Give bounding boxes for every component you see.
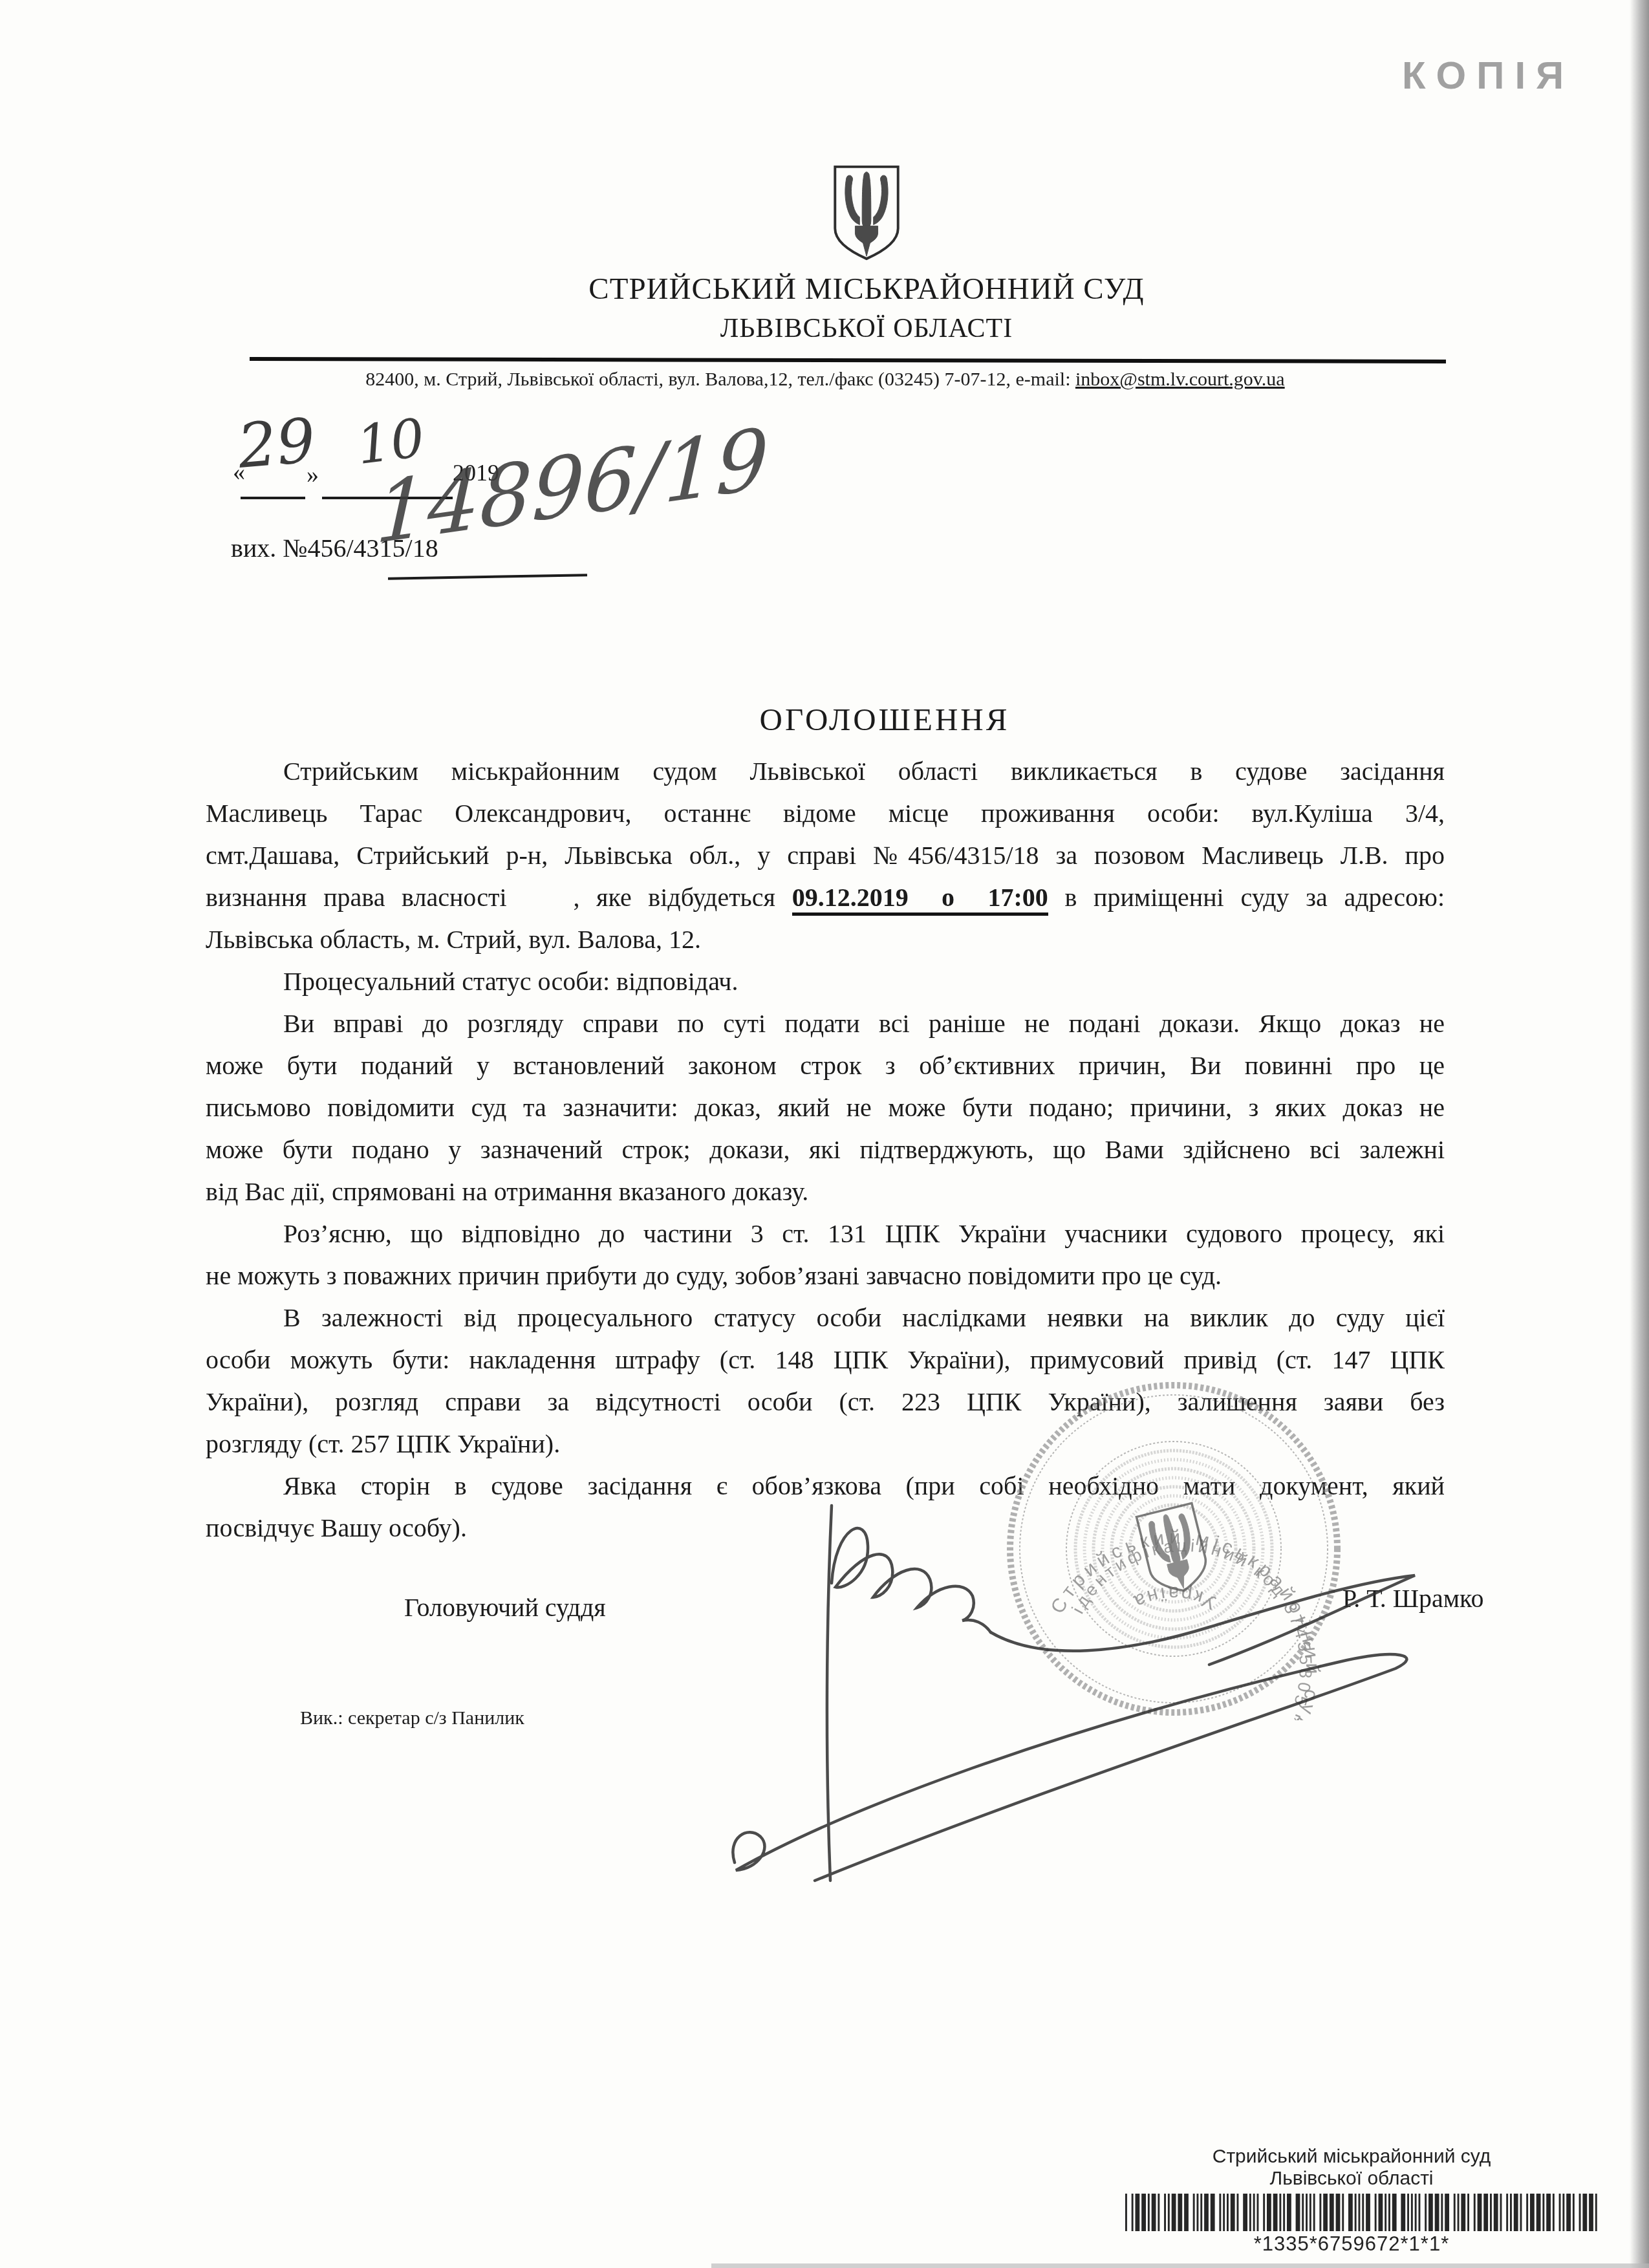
barcode-value-text: *1335*6759672*1*1*	[1125, 2232, 1578, 2256]
body-line: визнання права власності , яке відбудеть…	[206, 876, 1445, 918]
document-title: ОГОЛОШЕННЯ	[265, 701, 1504, 738]
body-line: Ви вправі до розгляду справи по суті под…	[206, 1002, 1445, 1044]
document-header: СТРИЙСЬКИЙ МІСЬКРАЙОННИЙ СУД ЛЬВІВСЬКОЇ …	[362, 163, 1371, 344]
executor-line: Вик.: секретар с/з Панилик	[300, 1707, 524, 1729]
body-text-fragment: в приміщенні суду за адресою:	[1048, 883, 1445, 912]
date-underline-day	[241, 497, 305, 499]
body-line: смт.Дашава, Стрийський р-н, Львівська об…	[206, 834, 1445, 876]
body-line: може бути поданий у встановлений законом…	[206, 1044, 1445, 1086]
body-line: Роз’ясню, що відповідно до частини 3 ст.…	[206, 1213, 1445, 1255]
close-quote-mark: »	[307, 460, 319, 489]
body-line: особи можуть бути: накладення штрафу (ст…	[206, 1339, 1445, 1381]
barcode-sticker: Стрийський міськрайонний суд Львівської …	[1125, 2146, 1578, 2256]
copy-stamp: КОПІЯ	[1402, 53, 1574, 98]
body-line: Процесуальний статус особи: відповідач.	[206, 960, 1445, 1002]
court-name-line2: ЛЬВІВСЬКОЇ ОБЛАСТІ	[362, 313, 1371, 344]
judge-label: Головуючий суддя	[404, 1592, 606, 1623]
court-name-line1: СТРИЙСЬКИЙ МІСЬКРАЙОННИЙ СУД	[362, 272, 1371, 307]
body-line: В залежності від процесуального статусу …	[206, 1297, 1445, 1339]
ukraine-trident-emblem-icon	[828, 163, 905, 261]
address-text: 82400, м. Стрий, Львівської області, вул…	[365, 369, 1075, 390]
handwritten-number-underline	[388, 574, 587, 579]
scan-edge-artifact-right	[1630, 0, 1649, 2268]
body-line: письмово повідомити суд та зазначити: до…	[206, 1086, 1445, 1129]
sticker-court-line1: Стрийський міськрайонний суд	[1125, 2146, 1578, 2168]
body-line: не можуть з поважних причин прибути до с…	[206, 1255, 1445, 1297]
body-line: від Вас дії, спрямовані на отримання вка…	[206, 1171, 1445, 1213]
handwritten-day: 29	[235, 405, 318, 482]
court-email: inbox@stm.lv.court.gov.ua	[1075, 369, 1285, 390]
body-line: може бути подано у зазначений строк; док…	[206, 1129, 1445, 1171]
court-address-line: 82400, м. Стрий, Львівської області, вул…	[206, 369, 1445, 391]
body-line: Стрийським міськрайонним судом Львівсько…	[206, 750, 1445, 792]
handwritten-outgoing-number: 14896/19	[374, 410, 770, 563]
body-line: Масливець Тарас Олександрович, останнє в…	[206, 792, 1445, 834]
barcode	[1125, 2194, 1578, 2231]
scan-edge-artifact-bottom	[711, 2263, 1649, 2268]
header-divider-rule	[250, 357, 1446, 363]
sticker-court-line2: Львівської області	[1125, 2168, 1578, 2190]
judge-signature	[673, 1449, 1487, 1901]
hearing-datetime-emphasis: 09.12.2019 о 17:00	[792, 883, 1048, 916]
body-text-fragment: визнання права власності , яке відбудеть…	[206, 883, 792, 912]
body-line: Львівська область, м. Стрий, вул. Валова…	[206, 918, 1445, 960]
scanned-court-document-page: КОПІЯ СТРИЙСЬКИЙ МІСЬКРАЙОННИЙ СУД ЛЬВІВ…	[0, 0, 1649, 2268]
